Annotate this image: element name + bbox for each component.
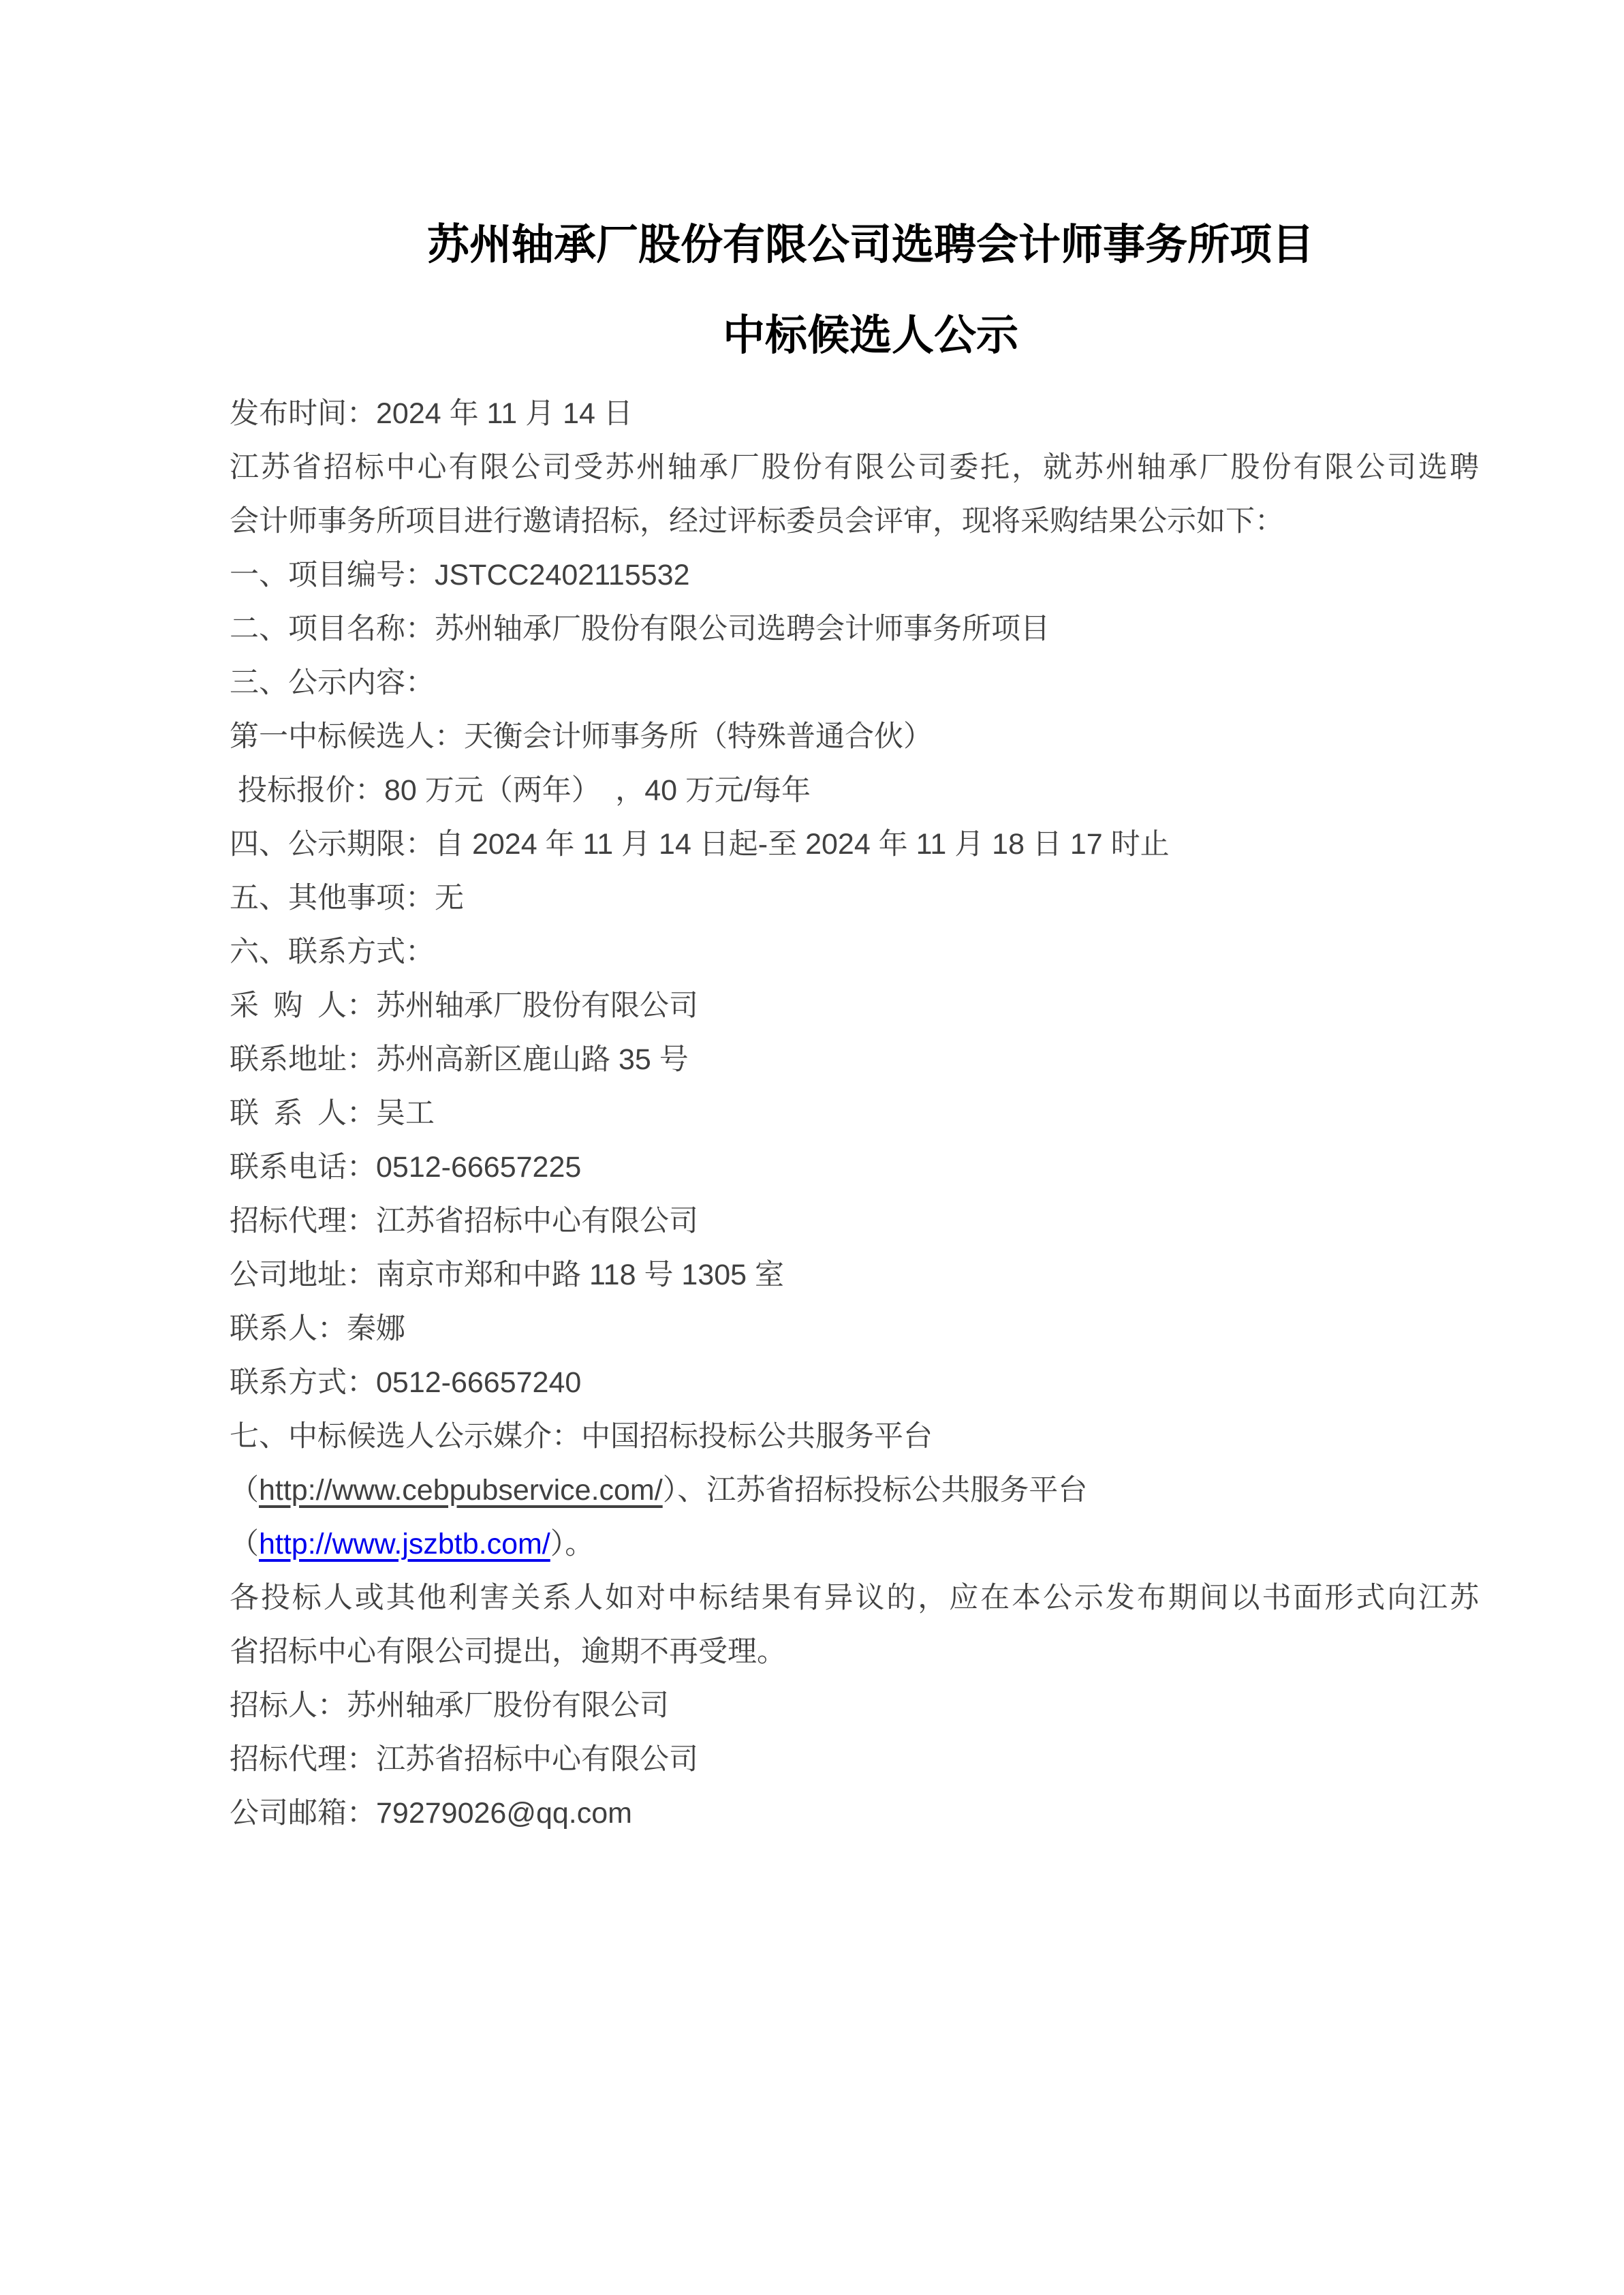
document-subtitle: 中标候选人公示 xyxy=(230,314,1479,358)
body-line: 六、联系方式： xyxy=(230,925,1479,979)
body-text: 五、其他事项：无 xyxy=(230,882,464,914)
body-line: 三、公示内容： xyxy=(230,656,1479,710)
body-line: 公司地址：南京市郑和中路 118 号 1305 室 xyxy=(230,1248,1479,1302)
body-text: 会计师事务所项目进行邀请招标，经过评标委员会评审，现将采购结果公示如下： xyxy=(230,505,1284,538)
body-line: 采 购 人：苏州轴承厂股份有限公司 xyxy=(230,979,1479,1033)
body-line: 第一中标候选人：天衡会计师事务所（特殊普通合伙） xyxy=(230,710,1479,764)
body-text: 七、中标候选人公示媒介：中国招标投标公共服务平台 xyxy=(230,1420,933,1453)
body-line: 各投标人或其他利害关系人如对中标结果有异议的，应在本公示发布期间以书面形式向江苏 xyxy=(230,1571,1479,1625)
body-line: 招标代理：江苏省招标中心有限公司 xyxy=(230,1733,1479,1787)
body-line: 四、公示期限：自 2024 年 11 月 14 日起-至 2024 年 11 月… xyxy=(230,818,1479,872)
body-line: 会计师事务所项目进行邀请招标，经过评标委员会评审，现将采购结果公示如下： xyxy=(230,495,1479,549)
body-text: 江苏省招标中心有限公司受苏州轴承厂股份有限公司委托，就苏州轴承厂股份有限公司选聘 xyxy=(230,451,1479,484)
body-text: 公司地址：南京市郑和中路 118 号 1305 室 xyxy=(230,1259,784,1291)
body-line: 一、项目编号：JSTCC2402115532 xyxy=(230,549,1479,602)
body-text: 招标人：苏州轴承厂股份有限公司 xyxy=(230,1689,669,1722)
body-text: 发布时间：2024 年 11 月 14 日 xyxy=(230,397,633,430)
body-line: 联系电话：0512-66657225 xyxy=(230,1141,1479,1195)
body-line: 联系方式：0512-66657240 xyxy=(230,1356,1479,1410)
body-text: 投标报价：80 万元（两年） ，40 万元/每年 xyxy=(230,774,811,807)
body-line: 江苏省招标中心有限公司受苏州轴承厂股份有限公司委托，就苏州轴承厂股份有限公司选聘 xyxy=(230,441,1479,495)
body-line: 二、项目名称：苏州轴承厂股份有限公司选聘会计师事务所项目 xyxy=(230,602,1479,656)
body-text: 四、公示期限：自 2024 年 11 月 14 日起-至 2024 年 11 月… xyxy=(230,828,1170,861)
body-text: ）。 xyxy=(550,1528,595,1560)
body-line: （http://www.cebpubservice.com/）、江苏省招标投标公… xyxy=(230,1464,1479,1518)
body-text: 省招标中心有限公司提出，逾期不再受理。 xyxy=(230,1635,786,1668)
body-text: 联系地址：苏州高新区鹿山路 35 号 xyxy=(230,1043,689,1076)
body-text: 招标代理：江苏省招标中心有限公司 xyxy=(230,1205,698,1237)
body-line: 省招标中心有限公司提出，逾期不再受理。 xyxy=(230,1625,1479,1679)
body-line: 七、中标候选人公示媒介：中国招标投标公共服务平台 xyxy=(230,1410,1479,1464)
body-line: 公司邮箱：79279026@qq.com xyxy=(230,1787,1479,1840)
body-line: 投标报价：80 万元（两年） ，40 万元/每年 xyxy=(230,764,1479,818)
document-body: 发布时间：2024 年 11 月 14 日江苏省招标中心有限公司受苏州轴承厂股份… xyxy=(230,387,1479,1840)
body-line: 联系地址：苏州高新区鹿山路 35 号 xyxy=(230,1033,1479,1087)
body-line: 招标代理：江苏省招标中心有限公司 xyxy=(230,1195,1479,1248)
body-line: 联系人：秦娜 xyxy=(230,1302,1479,1356)
document-page: 苏州轴承厂股份有限公司选聘会计师事务所项目 中标候选人公示 发布时间：2024 … xyxy=(0,0,1624,2295)
cebpubservice-link[interactable]: http://www.cebpubservice.com/ xyxy=(259,1474,663,1507)
body-text: 联 系 人：吴工 xyxy=(230,1097,435,1130)
body-text: 联系方式：0512-66657240 xyxy=(230,1366,581,1399)
body-text: （ xyxy=(230,1474,259,1507)
body-text: 第一中标候选人：天衡会计师事务所（特殊普通合伙） xyxy=(230,720,933,753)
body-text: 二、项目名称：苏州轴承厂股份有限公司选聘会计师事务所项目 xyxy=(230,613,1050,645)
body-line: （http://www.jszbtb.com/）。 xyxy=(230,1518,1479,1571)
body-text: 招标代理：江苏省招标中心有限公司 xyxy=(230,1743,698,1776)
body-text: 采 购 人：苏州轴承厂股份有限公司 xyxy=(230,989,698,1022)
body-text: （ xyxy=(230,1528,259,1560)
body-text: 三、公示内容： xyxy=(230,666,435,699)
body-text: 联系人：秦娜 xyxy=(230,1312,405,1345)
body-text: 六、联系方式： xyxy=(230,936,435,968)
body-text: 联系电话：0512-66657225 xyxy=(230,1151,581,1184)
body-text: 公司邮箱：79279026@qq.com xyxy=(230,1797,632,1830)
document-title: 苏州轴承厂股份有限公司选聘会计师事务所项目 xyxy=(230,224,1479,267)
body-line: 发布时间：2024 年 11 月 14 日 xyxy=(230,387,1479,441)
body-line: 联 系 人：吴工 xyxy=(230,1087,1479,1141)
body-line: 五、其他事项：无 xyxy=(230,872,1479,925)
body-text: 一、项目编号：JSTCC2402115532 xyxy=(230,559,690,591)
body-text: 各投标人或其他利害关系人如对中标结果有异议的，应在本公示发布期间以书面形式向江苏 xyxy=(230,1582,1479,1614)
jszbtb-link[interactable]: http://www.jszbtb.com/ xyxy=(259,1528,550,1560)
body-line: 招标人：苏州轴承厂股份有限公司 xyxy=(230,1679,1479,1733)
body-text: ）、江苏省招标投标公共服务平台 xyxy=(663,1474,1088,1507)
